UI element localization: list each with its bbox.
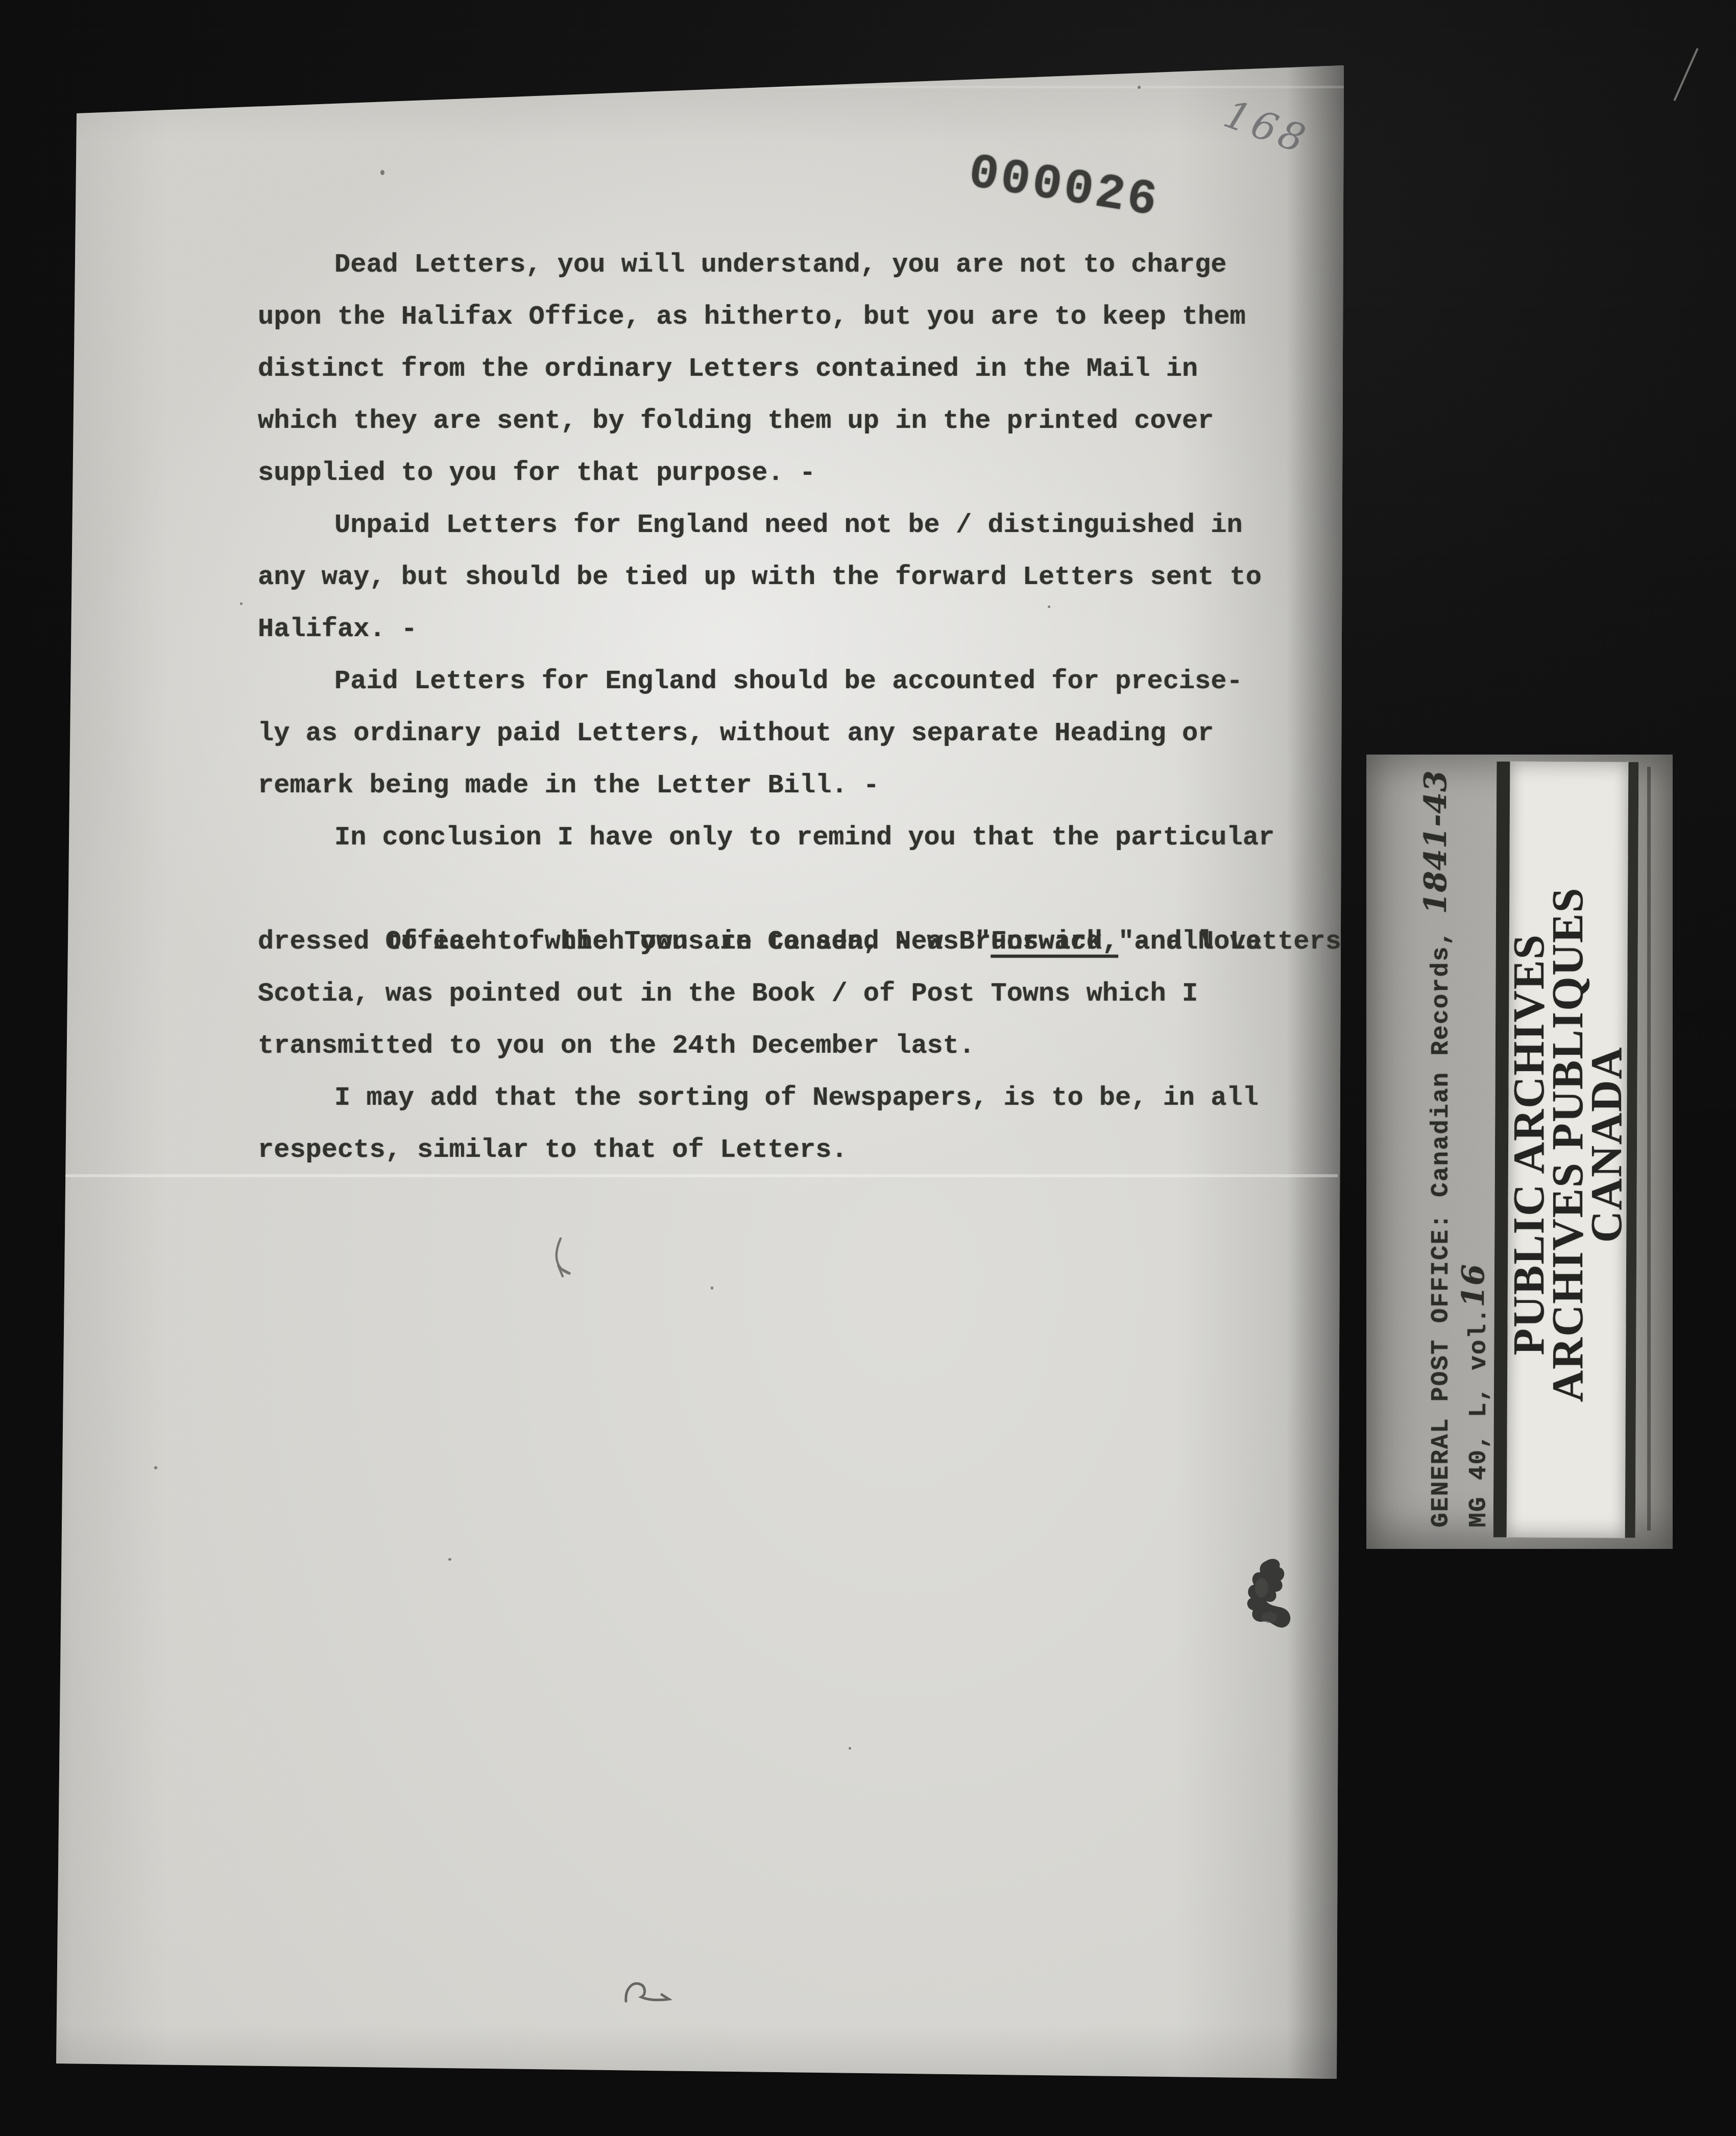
- dust-speck: [1138, 86, 1141, 89]
- text-line: Dead Letters, you will understand, you a…: [258, 239, 1320, 291]
- card-shadow-line: [1647, 767, 1651, 1531]
- text-line: upon the Halifax Office, as hitherto, bu…: [258, 291, 1320, 343]
- dust-speck: [154, 1466, 157, 1469]
- text-line: any way, but should be tied up with the …: [258, 551, 1320, 603]
- text-line: I may add that the sorting of Newspapers…: [258, 1072, 1320, 1124]
- text-line: dressed to each of the Towns in Canada, …: [258, 916, 1320, 968]
- microfilm-scan: 000026 168 Dead Letters, you will unders…: [0, 0, 1736, 2136]
- dust-speck: [380, 170, 384, 175]
- public-archives-card-title: PUBLIC ARCHIVES ARCHIVES PUBLIQUES CANAD…: [1509, 764, 1626, 1525]
- text-line: which they are sent, by folding them up …: [258, 395, 1320, 447]
- volume-typed: MG 40, L, vol.: [1465, 1307, 1493, 1527]
- text-line: distinct from the ordinary Letters conta…: [258, 343, 1320, 395]
- letter-body: Dead Letters, you will understand, you a…: [258, 239, 1320, 1176]
- card-line: PUBLIC ARCHIVES: [1509, 764, 1548, 1525]
- text-line: In conclusion I have only to remind you …: [258, 812, 1320, 864]
- archive-reference-vertical: GENERAL POST OFFICE: Canadian Records, 1…: [1419, 767, 1495, 1527]
- text-line: Scotia, was pointed out in the Book / of…: [258, 968, 1320, 1020]
- reference-handwritten: 1841-43: [1418, 770, 1454, 914]
- text-line: transmitted to you on the 24th December …: [258, 1020, 1320, 1072]
- volume-handwritten: 16: [1456, 1264, 1491, 1307]
- dust-speck: [711, 1287, 713, 1290]
- text-line: Halifax. -: [258, 603, 1320, 656]
- film-scratch: [1673, 48, 1698, 101]
- text-line: Office to which you are to send - as "Fo…: [258, 864, 1320, 916]
- pencil-squiggle-mark: [624, 1980, 685, 2005]
- text-line: ly as ordinary paid Letters, without any…: [258, 708, 1320, 760]
- volume-line: MG 40, L, vol.16: [1457, 767, 1495, 1527]
- text-line: Paid Letters for England should be accou…: [258, 656, 1320, 708]
- text-line: remark being made in the Letter Bill. -: [258, 760, 1320, 812]
- text-line: supplied to you for that purpose. -: [258, 447, 1320, 499]
- card-line: CANADA: [1587, 764, 1626, 1525]
- card-line: ARCHIVES PUBLIQUES: [1548, 764, 1587, 1525]
- dust-speck: [1048, 605, 1050, 608]
- document-number-stamp: 000026: [965, 144, 1163, 229]
- dust-speck: [240, 602, 243, 605]
- text-line: respects, similar to that of Letters.: [258, 1124, 1320, 1176]
- scan-artifact-line: [0, 86, 1353, 88]
- text-line: Unpaid Letters for England need not be /…: [258, 499, 1320, 551]
- reference-typed: GENERAL POST OFFICE: Canadian Records,: [1428, 914, 1455, 1527]
- dust-speck: [849, 1747, 851, 1750]
- pencil-check-mark: [530, 1236, 576, 1280]
- ink-blot: [1238, 1556, 1299, 1648]
- dust-speck: [448, 1558, 451, 1561]
- reference-line: GENERAL POST OFFICE: Canadian Records, 1…: [1419, 767, 1457, 1527]
- handwritten-page-number: 168: [1218, 91, 1315, 163]
